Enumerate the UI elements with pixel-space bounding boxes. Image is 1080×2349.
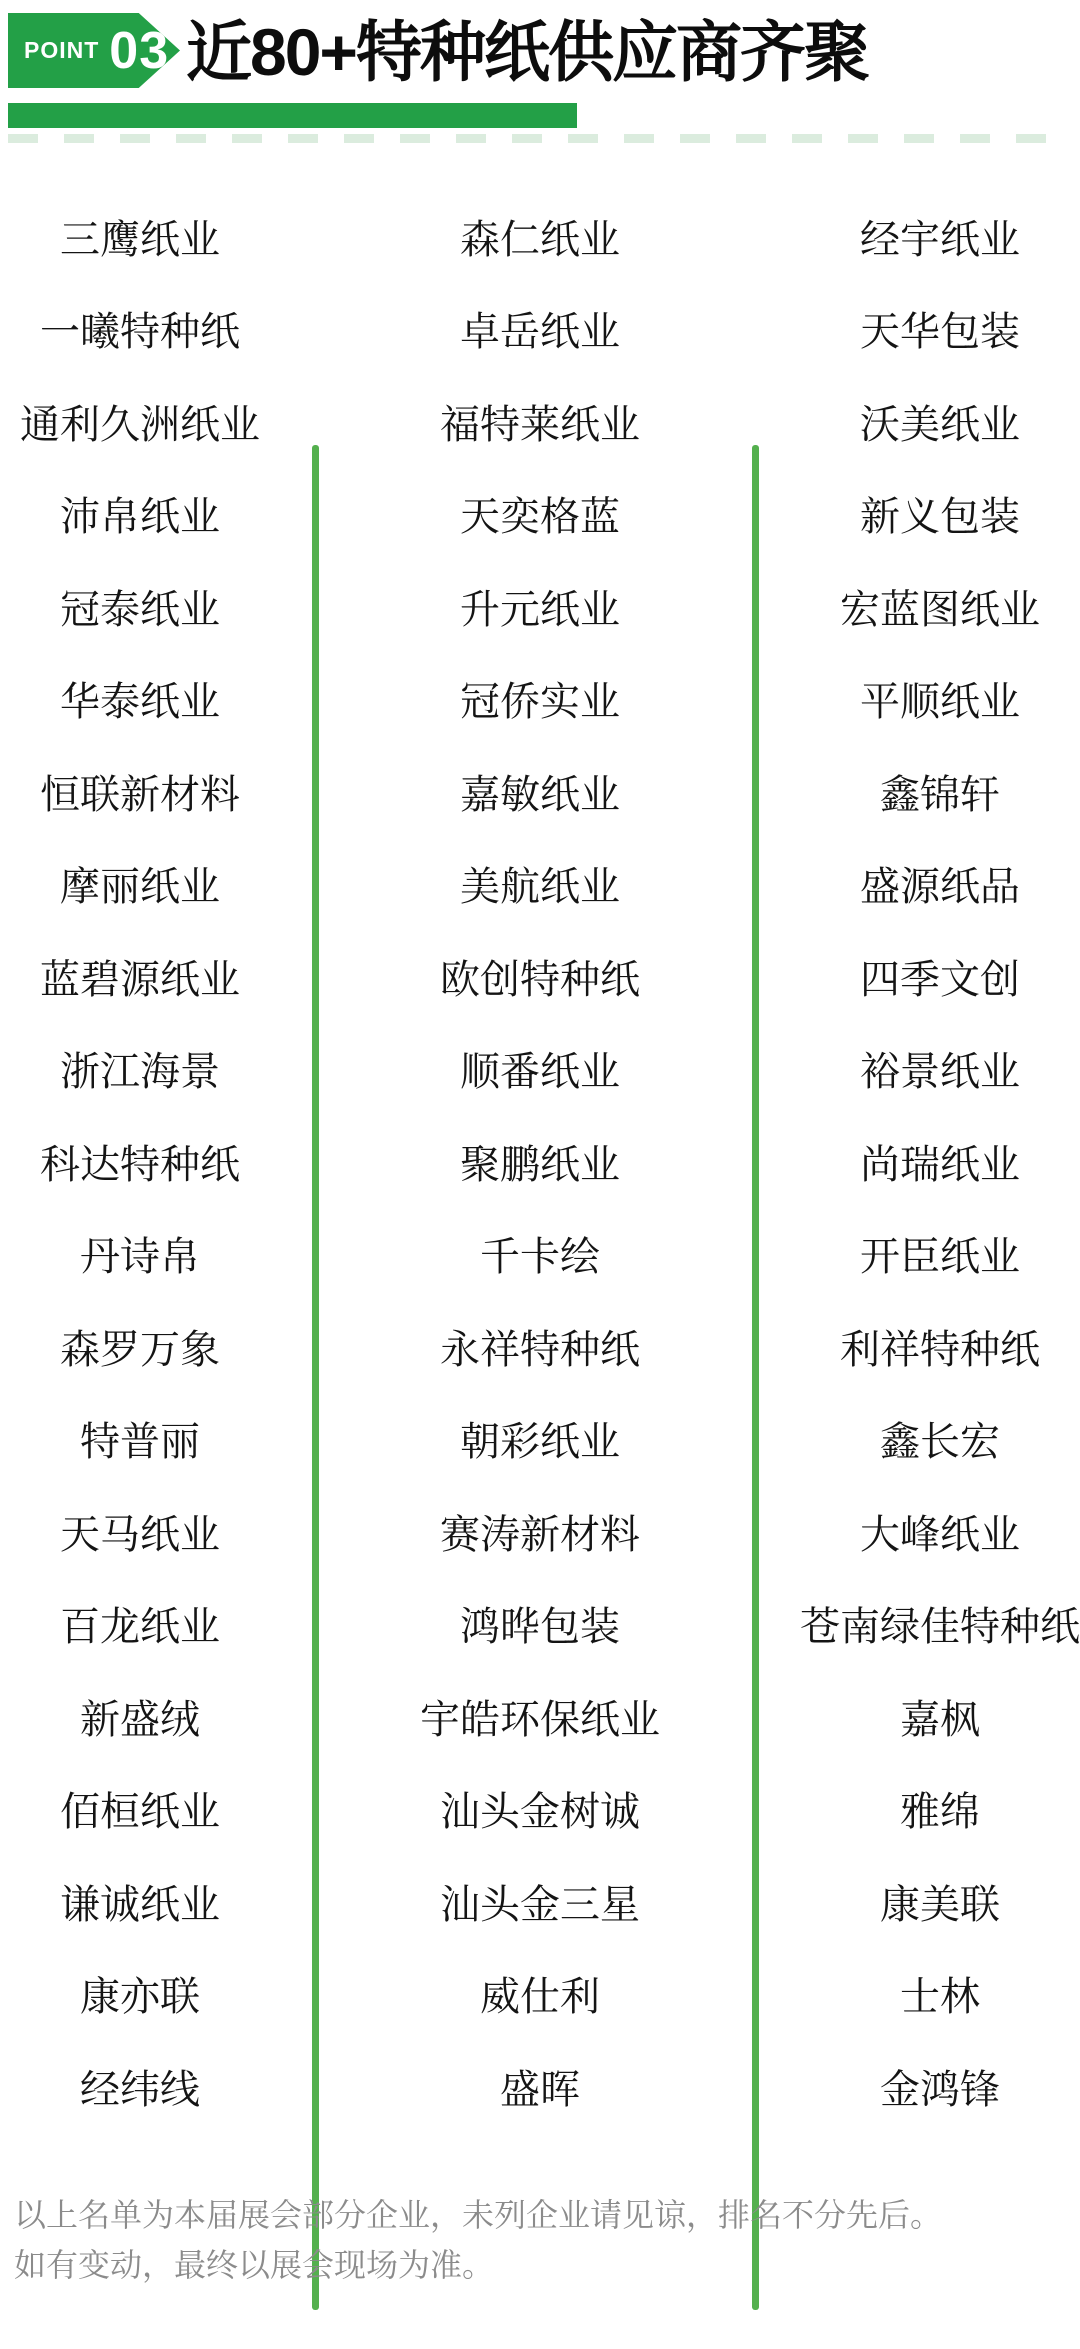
supplier-name: 天华包装 [775, 283, 1080, 376]
supplier-name: 谦诚纸业 [0, 1855, 280, 1948]
supplier-name: 宏蓝图纸业 [775, 560, 1080, 653]
supplier-name: 冠泰纸业 [0, 560, 280, 653]
page-title: 近80+特种纸供应商齐聚 [186, 8, 868, 96]
supplier-name: 朝彩纸业 [340, 1393, 740, 1486]
supplier-name: 威仕利 [340, 1948, 740, 2041]
supplier-name: 三鹰纸业 [0, 190, 280, 283]
supplier-name: 永祥特种纸 [340, 1300, 740, 1393]
supplier-name: 森仁纸业 [340, 190, 740, 283]
supplier-name: 鑫锦轩 [775, 745, 1080, 838]
supplier-name: 森罗万象 [0, 1300, 280, 1393]
supplier-name: 汕头金三星 [340, 1855, 740, 1948]
page-header: POINT 03 近80+特种纸供应商齐聚 [0, 0, 1080, 150]
supplier-name: 尚瑞纸业 [775, 1115, 1080, 1208]
supplier-name: 科达特种纸 [0, 1115, 280, 1208]
supplier-name: 四季文创 [775, 930, 1080, 1023]
column-divider [312, 445, 319, 2310]
point-badge: POINT 03 [8, 13, 180, 88]
supplier-name: 升元纸业 [340, 560, 740, 653]
supplier-name: 新义包装 [775, 468, 1080, 561]
supplier-name: 浙江海景 [0, 1023, 280, 1116]
supplier-name: 恒联新材料 [0, 745, 280, 838]
supplier-name: 欧创特种纸 [340, 930, 740, 1023]
supplier-name: 平顺纸业 [775, 653, 1080, 746]
supplier-name: 裕景纸业 [775, 1023, 1080, 1116]
supplier-list: 三鹰纸业一曦特种纸通利久洲纸业沛帛纸业冠泰纸业华泰纸业恒联新材料摩丽纸业蓝碧源纸… [0, 190, 1080, 2133]
point-badge-label: POINT [24, 37, 99, 64]
footer-line: 以上名单为本届展会部分企业，未列企业请见谅，排名不分先后。 [14, 2190, 1066, 2240]
supplier-name: 士林 [775, 1948, 1080, 2041]
supplier-name: 经宇纸业 [775, 190, 1080, 283]
supplier-name: 金鸿锋 [775, 2040, 1080, 2133]
supplier-name: 雅绵 [775, 1763, 1080, 1856]
title-underline-bar [8, 103, 577, 128]
supplier-name: 天奕格蓝 [340, 468, 740, 561]
supplier-name: 新盛绒 [0, 1670, 280, 1763]
supplier-name: 沃美纸业 [775, 375, 1080, 468]
supplier-name: 一曦特种纸 [0, 283, 280, 376]
point-badge-number: 03 [109, 21, 169, 81]
supplier-name: 经纬线 [0, 2040, 280, 2133]
footer-line: 如有变动，最终以展会现场为准。 [14, 2240, 1066, 2290]
supplier-name: 通利久洲纸业 [0, 375, 280, 468]
supplier-name: 盛晖 [340, 2040, 740, 2133]
supplier-column-1: 三鹰纸业一曦特种纸通利久洲纸业沛帛纸业冠泰纸业华泰纸业恒联新材料摩丽纸业蓝碧源纸… [0, 190, 280, 2133]
supplier-name: 华泰纸业 [0, 653, 280, 746]
supplier-name: 汕头金树诚 [340, 1763, 740, 1856]
supplier-name: 康亦联 [0, 1948, 280, 2041]
supplier-name: 顺番纸业 [340, 1023, 740, 1116]
supplier-name: 美航纸业 [340, 838, 740, 931]
supplier-column-3: 经宇纸业天华包装沃美纸业新义包装宏蓝图纸业平顺纸业鑫锦轩盛源纸品四季文创裕景纸业… [775, 190, 1080, 2133]
supplier-name: 丹诗帛 [0, 1208, 280, 1301]
supplier-name: 佰桓纸业 [0, 1763, 280, 1856]
supplier-name: 卓岳纸业 [340, 283, 740, 376]
supplier-name: 盛源纸品 [775, 838, 1080, 931]
supplier-name: 天马纸业 [0, 1485, 280, 1578]
column-divider [752, 445, 759, 2310]
supplier-name: 嘉枫 [775, 1670, 1080, 1763]
supplier-name: 康美联 [775, 1855, 1080, 1948]
footer-note: 以上名单为本届展会部分企业，未列企业请见谅，排名不分先后。 如有变动，最终以展会… [14, 2190, 1066, 2290]
supplier-name: 摩丽纸业 [0, 838, 280, 931]
supplier-name: 冠侨实业 [340, 653, 740, 746]
supplier-name: 沛帛纸业 [0, 468, 280, 561]
supplier-name: 宇皓环保纸业 [340, 1670, 740, 1763]
supplier-name: 聚鹏纸业 [340, 1115, 740, 1208]
supplier-name: 赛涛新材料 [340, 1485, 740, 1578]
supplier-name: 特普丽 [0, 1393, 280, 1486]
supplier-name: 鑫长宏 [775, 1393, 1080, 1486]
supplier-column-2: 森仁纸业卓岳纸业福特莱纸业天奕格蓝升元纸业冠侨实业嘉敏纸业美航纸业欧创特种纸顺番… [340, 190, 740, 2133]
supplier-name: 开臣纸业 [775, 1208, 1080, 1301]
supplier-name: 大峰纸业 [775, 1485, 1080, 1578]
supplier-name: 蓝碧源纸业 [0, 930, 280, 1023]
supplier-name: 苍南绿佳特种纸 [775, 1578, 1080, 1671]
supplier-name: 百龙纸业 [0, 1578, 280, 1671]
supplier-name: 千卡绘 [340, 1208, 740, 1301]
watermark-strip [8, 134, 1072, 143]
supplier-name: 利祥特种纸 [775, 1300, 1080, 1393]
supplier-name: 嘉敏纸业 [340, 745, 740, 838]
supplier-name: 鸿晔包装 [340, 1578, 740, 1671]
supplier-name: 福特莱纸业 [340, 375, 740, 468]
